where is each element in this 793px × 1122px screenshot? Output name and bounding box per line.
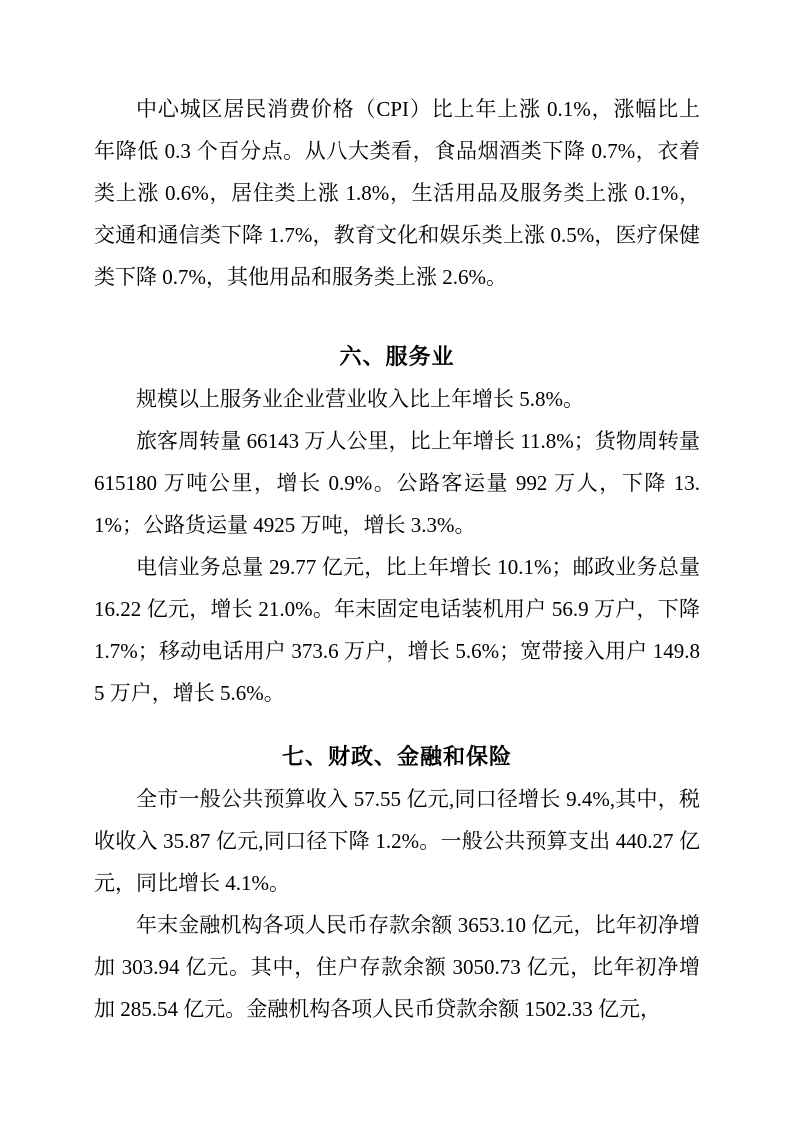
- paragraph-transport: 旅客周转量 66143 万人公里，比上年增长 11.8%；货物周转量 61518…: [94, 420, 700, 546]
- paragraph-services-revenue: 规模以上服务业企业营业收入比上年增长 5.8%。: [94, 378, 700, 420]
- section-heading-services: 六、服务业: [94, 336, 700, 378]
- section-heading-finance: 七、财政、金融和保险: [94, 736, 700, 778]
- paragraph-telecom: 电信业务总量 29.77 亿元，比上年增长 10.1%；邮政业务总量 16.22…: [94, 546, 700, 714]
- document-page: 中心城区居民消费价格（CPI）比上年上涨 0.1%，涨幅比上年降低 0.3 个百…: [0, 0, 793, 1122]
- paragraph-cpi: 中心城区居民消费价格（CPI）比上年上涨 0.1%，涨幅比上年降低 0.3 个百…: [94, 88, 700, 298]
- paragraph-budget: 全市一般公共预算收入 57.55 亿元,同口径增长 9.4%,其中，税收收入 3…: [94, 778, 700, 904]
- paragraph-deposits: 年末金融机构各项人民币存款余额 3653.10 亿元，比年初净增加 303.94…: [94, 904, 700, 1030]
